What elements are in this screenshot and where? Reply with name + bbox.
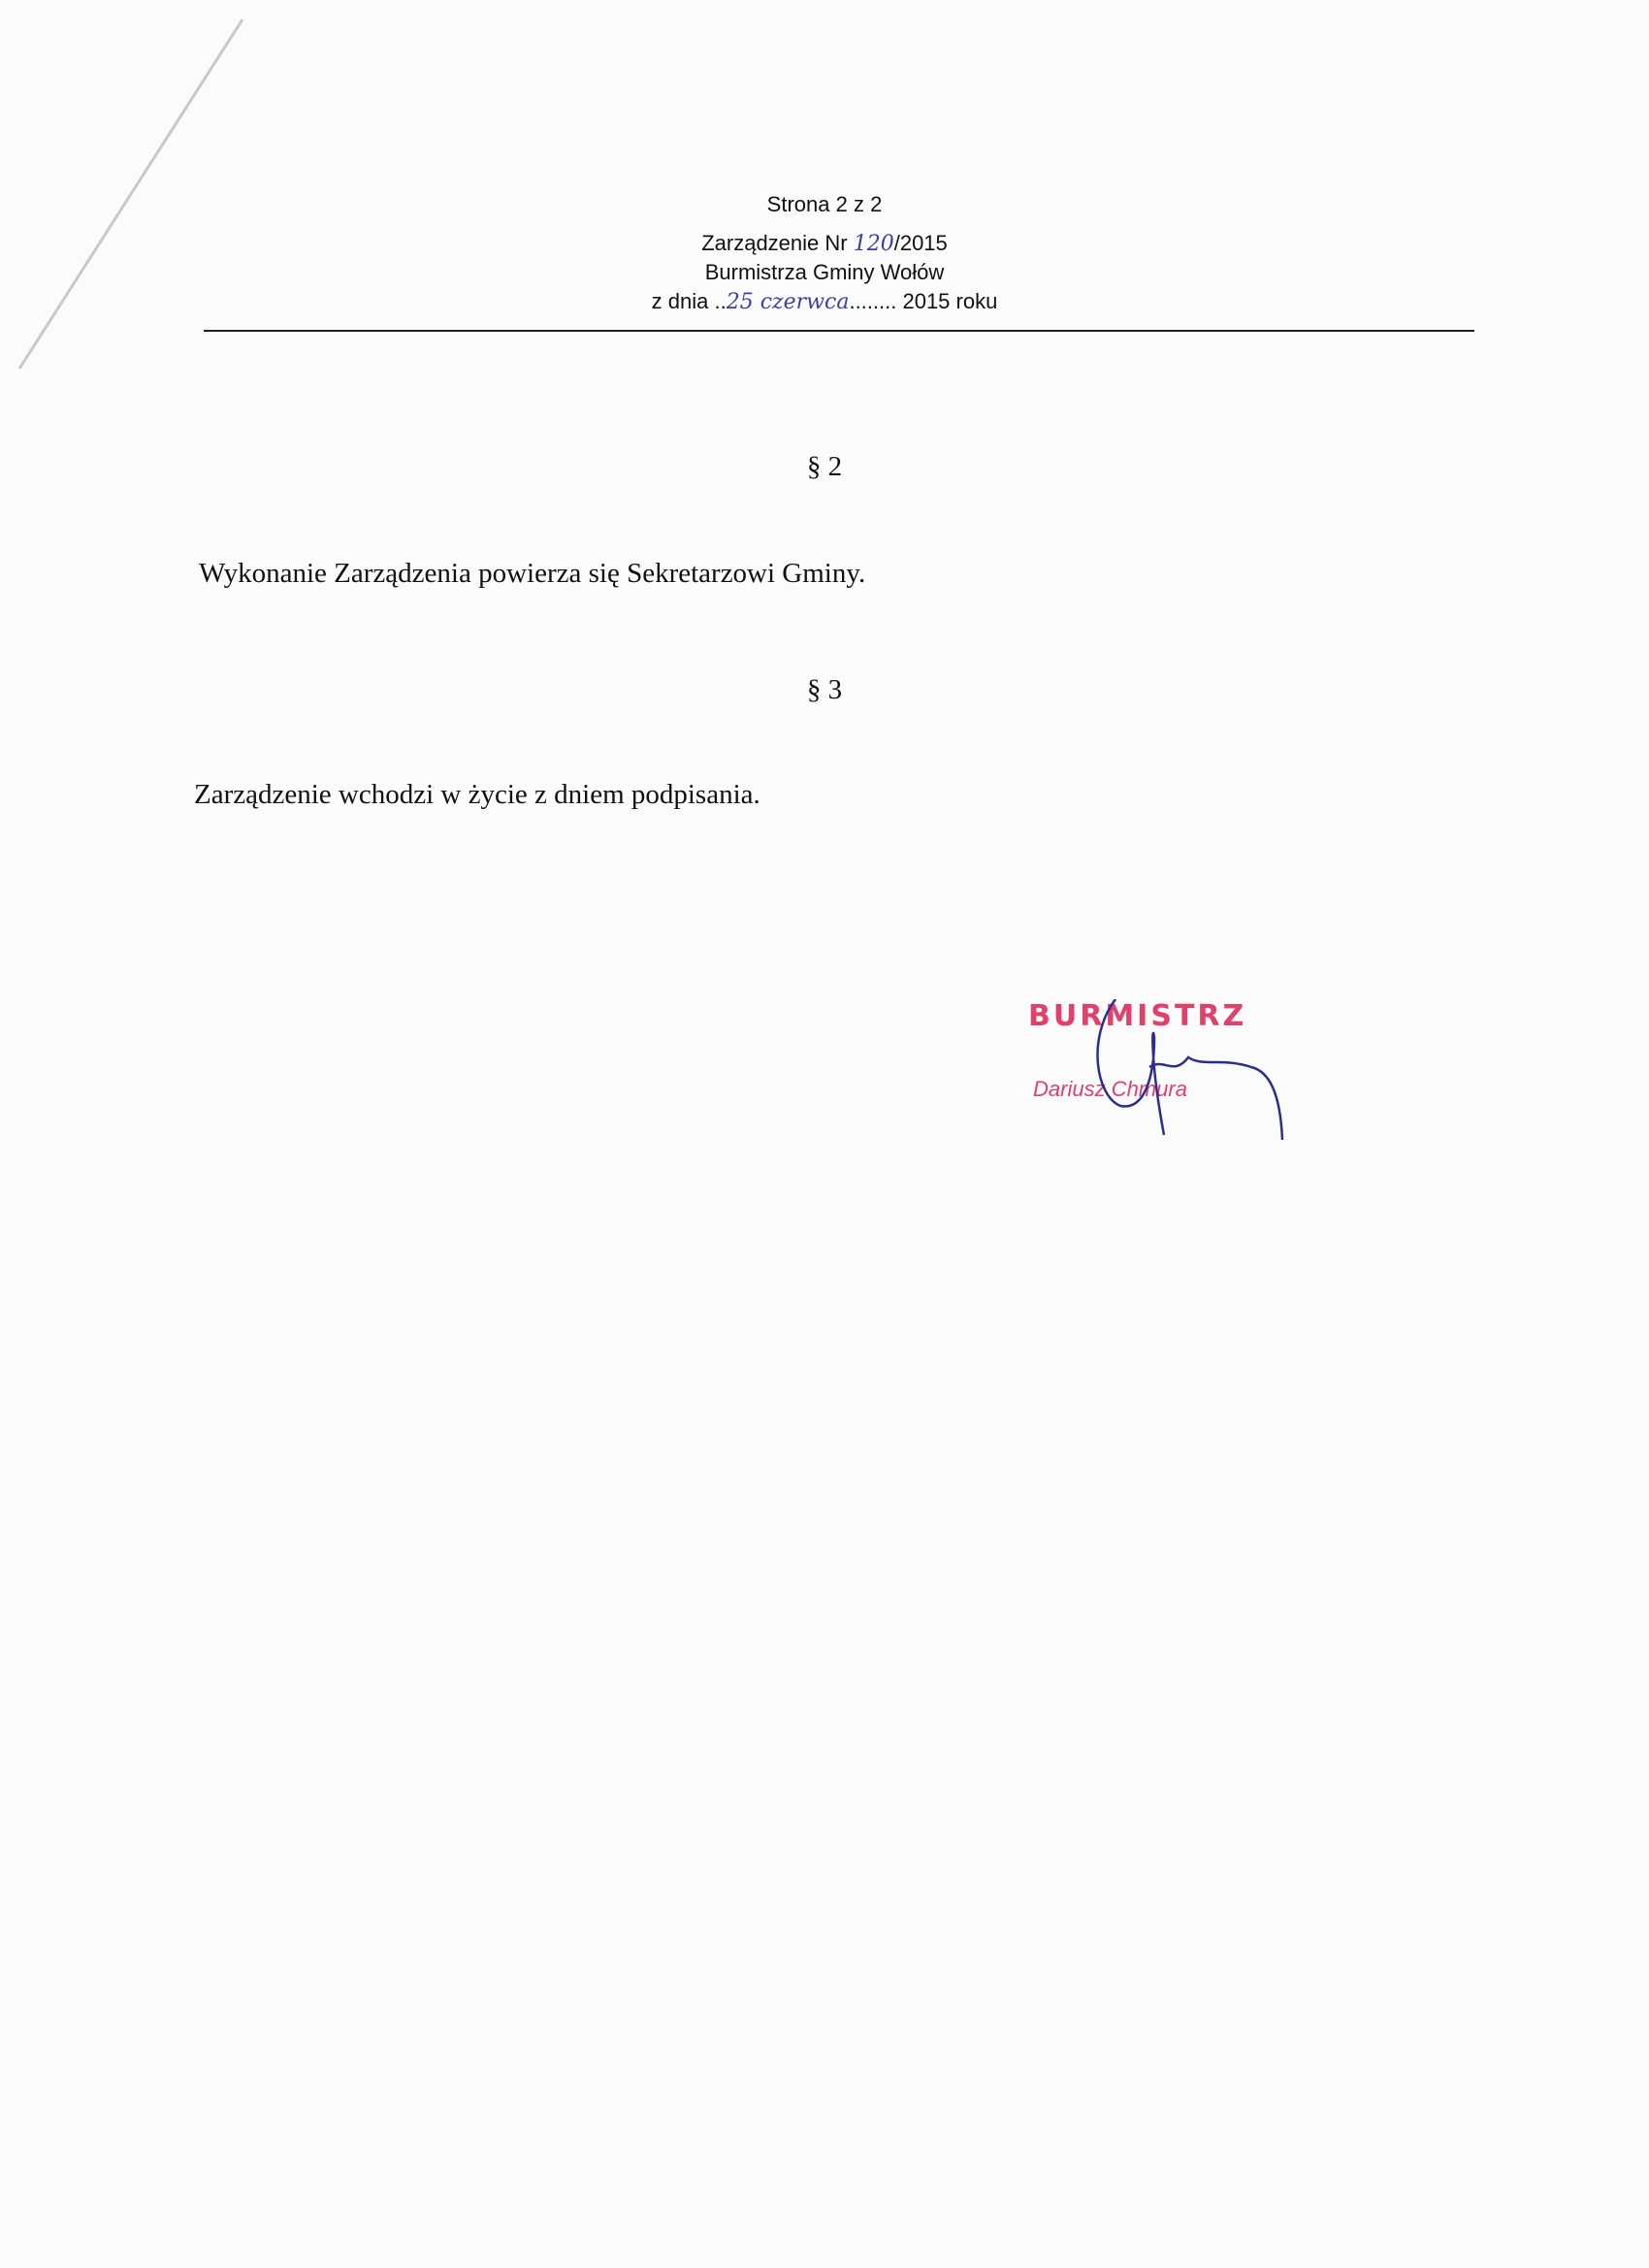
section-symbol: § 3 xyxy=(0,674,1649,706)
date-suffix: 2015 roku xyxy=(902,289,997,313)
issuer: Burmistrza Gminy Wołów xyxy=(0,260,1649,284)
handwritten-date: 25 czerwca xyxy=(727,290,850,314)
order-number: Zarządzenie Nr 120/2015 xyxy=(0,231,1649,256)
signature-icon xyxy=(1028,999,1319,1145)
handwritten-number: 120 xyxy=(854,232,894,256)
section-text: Wykonanie Zarządzenia powierza się Sekre… xyxy=(199,558,865,590)
order-prefix: Zarządzenie Nr xyxy=(701,231,847,255)
section-symbol: § 2 xyxy=(0,451,1649,483)
order-date: z dnia ..25 czerwca........ 2015 roku xyxy=(0,289,1649,314)
signature-stamp: BURMISTRZ Dariusz Chmura xyxy=(1028,999,1319,1145)
order-suffix: /2015 xyxy=(894,231,948,255)
section-text: Zarządzenie wchodzi w życie z dniem podp… xyxy=(194,779,760,811)
date-prefix: z dnia xyxy=(652,289,709,313)
header-divider xyxy=(204,330,1474,332)
page-number: Strona 2 z 2 xyxy=(0,192,1649,216)
